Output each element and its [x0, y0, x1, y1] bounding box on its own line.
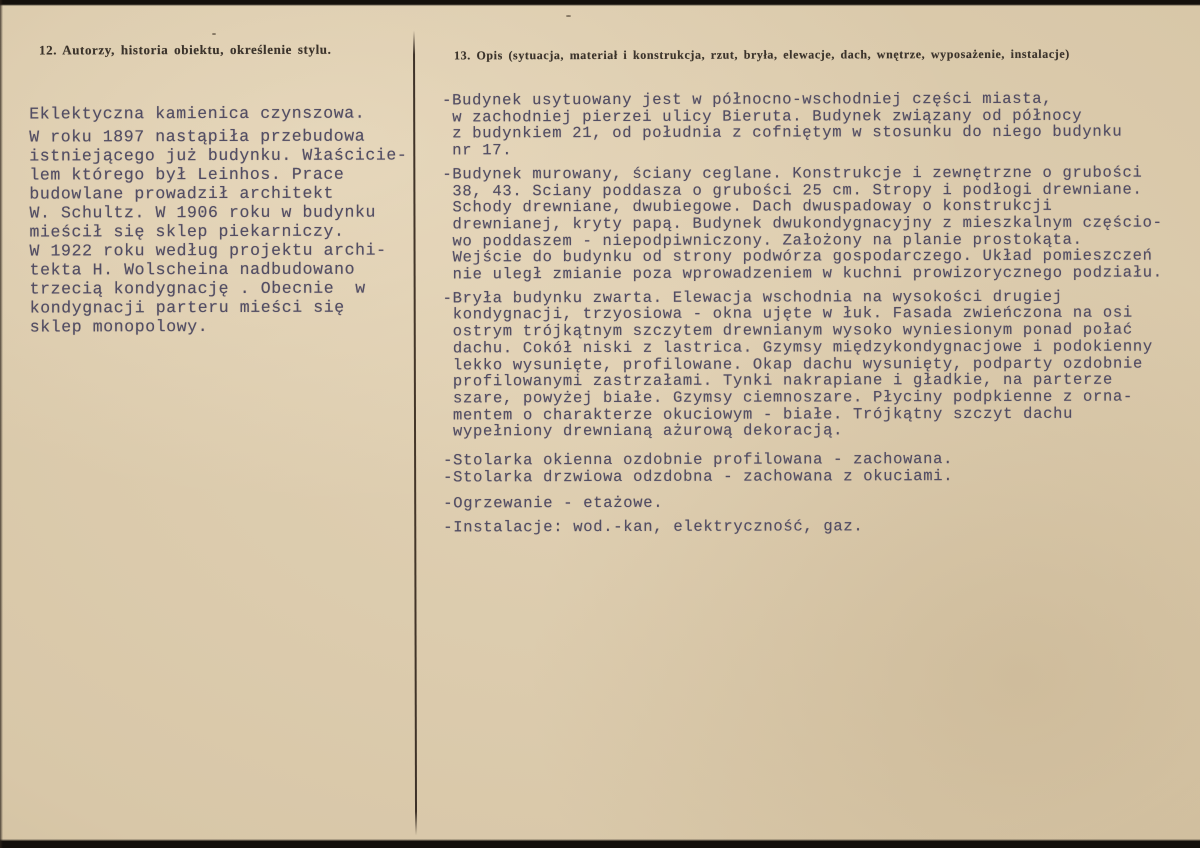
text-line: W 1922 roku według projektu archi-	[30, 240, 416, 260]
field-12-body: Eklektyczna kamienica czynszowa. W roku …	[29, 103, 416, 344]
text-line: lem którego był Leinhos. Prace	[29, 164, 415, 184]
document-content: 12. Autorzy, historia obiektu, określeni…	[0, 0, 1200, 848]
text-line: W. Schultz. W 1906 roku w budynku	[29, 202, 415, 222]
text-line: tekta H. Wolscheina nadbudowano	[30, 259, 416, 279]
field-12-header: 12. Autorzy, historia obiektu, określeni…	[39, 42, 331, 59]
text-line: -Stolarka drzwiowa odzdobna - zachowana …	[443, 467, 1188, 486]
text-line: -Ogrzewanie - etażowe.	[443, 494, 1188, 513]
field-13-paragraph-door-joinery: -Stolarka drzwiowa odzdobna - zachowana …	[443, 467, 1188, 486]
field-13-body: -Budynek usytuowany jest w północno-wsch…	[442, 90, 1188, 544]
field-13-paragraph-situation: -Budynek usytuowany jest w północno-wsch…	[442, 90, 1187, 159]
field-13-paragraph-window-joinery: -Stolarka okienna ozdobnie profilowana -…	[443, 451, 1188, 470]
field-12-history-paragraph: W roku 1897 nastąpiła przebudowaistnieją…	[29, 126, 416, 336]
field-13-header: 13. Opis (sytuacja, materiał i konstrukc…	[454, 47, 1070, 64]
text-line: Eklektyczna kamienica czynszowa.	[29, 103, 415, 123]
text-line: W roku 1897 nastąpiła przebudowa	[29, 126, 415, 146]
text-line: trzecią kondygnację . Obecnie w	[30, 278, 416, 298]
field-13-paragraph-heating: -Ogrzewanie - etażowe.	[443, 494, 1188, 513]
text-line: wypełniony drewnianą ażurową dekoracją.	[443, 422, 1188, 441]
text-line: z budynkiem 21, od południa z cofniętym …	[442, 124, 1187, 143]
text-line: mieścił się sklep piekarniczy.	[29, 221, 415, 241]
text-line: kondygnacji parteru mieści się	[30, 297, 416, 317]
text-line: -Stolarka okienna ozdobnie profilowana -…	[443, 451, 1188, 470]
text-line: sklep monopolowy.	[30, 316, 416, 336]
text-line: nie uległ zmianie poza wprowadzeniem w k…	[443, 264, 1188, 283]
text-line: istniejącego już budynku. Właścicie-	[29, 145, 415, 165]
text-line: nr 17.	[442, 141, 1187, 160]
field-13-paragraph-installations: -Instalacje: wod.-kan, elektryczność, ga…	[443, 518, 1188, 537]
field-13-paragraph-construction: -Budynek murowany, ściany ceglane. Konst…	[442, 164, 1187, 283]
field-12-style-title: Eklektyczna kamienica czynszowa.	[29, 103, 415, 123]
field-13-paragraph-massing: -Bryła budynku zwarta. Elewacja wschodni…	[443, 288, 1188, 440]
text-line: budowlane prowadził architekt	[29, 183, 415, 203]
text-line: -Instalacje: wod.-kan, elektryczność, ga…	[443, 518, 1188, 537]
text-line: szare, powyżej białe. Gzymsy ciemnoszare…	[443, 388, 1188, 407]
scanned-document-page: 12. Autorzy, historia obiektu, określeni…	[0, 0, 1200, 848]
